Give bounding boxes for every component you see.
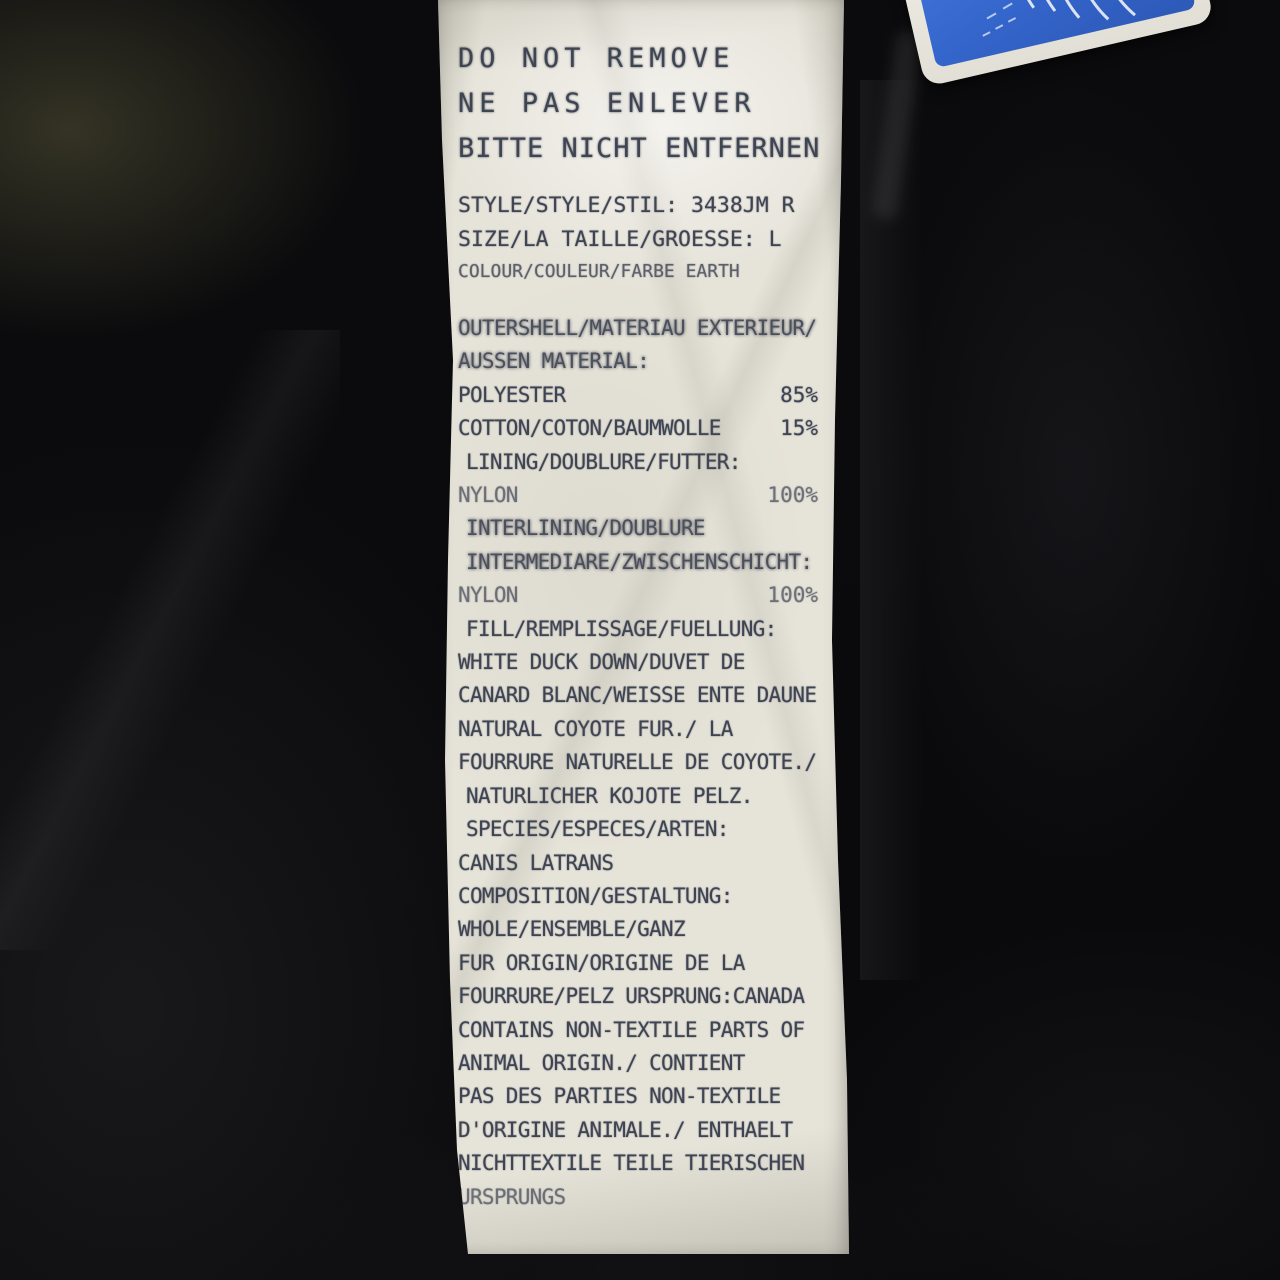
- label-line: INTERLINING/DOUBLURE: [458, 512, 818, 545]
- fabric-fold-highlight: [0, 330, 340, 950]
- label-line: COMPOSITION/GESTALTUNG:: [458, 880, 818, 913]
- warning-line: BITTE NICHT ENTFERNEN: [458, 126, 818, 171]
- warning-line: DO NOT REMOVE: [458, 36, 818, 81]
- label-line: FOURRURE NATURELLE DE COYOTE./: [458, 746, 818, 779]
- brand-tag-swirl-graphic: [903, 0, 1196, 68]
- care-label-text: DO NOT REMOVE NE PAS ENLEVER BITTE NICHT…: [430, 0, 852, 1254]
- label-line: NATURLICHER KOJOTE PELZ.: [458, 780, 818, 813]
- label-line: CONTAINS NON-TEXTILE PARTS OF: [458, 1014, 818, 1047]
- product-info-block: STYLE/STYLE/STIL: 3438JM R SIZE/LA TAILL…: [458, 189, 818, 286]
- label-line: NYLON100%: [458, 579, 818, 612]
- label-line: SPECIES/ESPECES/ARTEN:: [458, 813, 818, 846]
- size-line: SIZE/LA TAILLE/GROESSE: L: [458, 223, 818, 257]
- label-line: CANARD BLANC/WEISSE ENTE DAUNE: [458, 679, 818, 712]
- label-line: NICHTTEXTILE TEILE TIERISCHEN: [458, 1147, 818, 1180]
- label-line: WHOLE/ENSEMBLE/GANZ: [458, 913, 818, 946]
- label-line: LINING/DOUBLURE/FUTTER:: [458, 446, 818, 479]
- label-line: AUSSEN MATERIAL:: [458, 345, 818, 378]
- label-line: FILL/REMPLISSAGE/FUELLUNG:: [458, 613, 818, 646]
- label-line: WHITE DUCK DOWN/DUVET DE: [458, 646, 818, 679]
- label-line: FOURRURE/PELZ URSPRUNG:CANADA: [458, 980, 818, 1013]
- label-line: PAS DES PARTIES NON-TEXTILE: [458, 1080, 818, 1113]
- fabric-fold-highlight: [860, 80, 950, 980]
- label-line: NATURAL COYOTE FUR./ LA: [458, 713, 818, 746]
- label-line: D'ORIGINE ANIMALE./ ENTHAELT: [458, 1114, 818, 1147]
- care-label: DO NOT REMOVE NE PAS ENLEVER BITTE NICHT…: [430, 0, 852, 1254]
- warning-line: NE PAS ENLEVER: [458, 81, 818, 126]
- label-line: OUTERSHELL/MATERIAU EXTERIEUR/: [458, 312, 818, 345]
- label-line: NYLON100%: [458, 479, 818, 512]
- brand-hang-tag: [886, 0, 1214, 87]
- label-line: CANIS LATRANS: [458, 847, 818, 880]
- fabric-fuzz: [871, 29, 923, 221]
- materials-block: OUTERSHELL/MATERIAU EXTERIEUR/ AUSSEN MA…: [458, 312, 818, 1214]
- colour-line: COLOUR/COULEUR/FARBE EARTH: [458, 257, 818, 286]
- label-line: POLYESTER85%: [458, 379, 818, 412]
- style-line: STYLE/STYLE/STIL: 3438JM R: [458, 189, 818, 223]
- brand-tag-blue-field: [903, 0, 1196, 68]
- label-line: FUR ORIGIN/ORIGINE DE LA: [458, 947, 818, 980]
- jacket-lining-photo: DO NOT REMOVE NE PAS ENLEVER BITTE NICHT…: [0, 0, 1280, 1280]
- label-line: ANIMAL ORIGIN./ CONTIENT: [458, 1047, 818, 1080]
- label-line: COTTON/COTON/BAUMWOLLE15%: [458, 412, 818, 445]
- label-line: URSPRUNGS: [458, 1181, 818, 1214]
- warning-block: DO NOT REMOVE NE PAS ENLEVER BITTE NICHT…: [458, 36, 818, 171]
- label-line: INTERMEDIARE/ZWISCHENSCHICHT:: [458, 546, 818, 579]
